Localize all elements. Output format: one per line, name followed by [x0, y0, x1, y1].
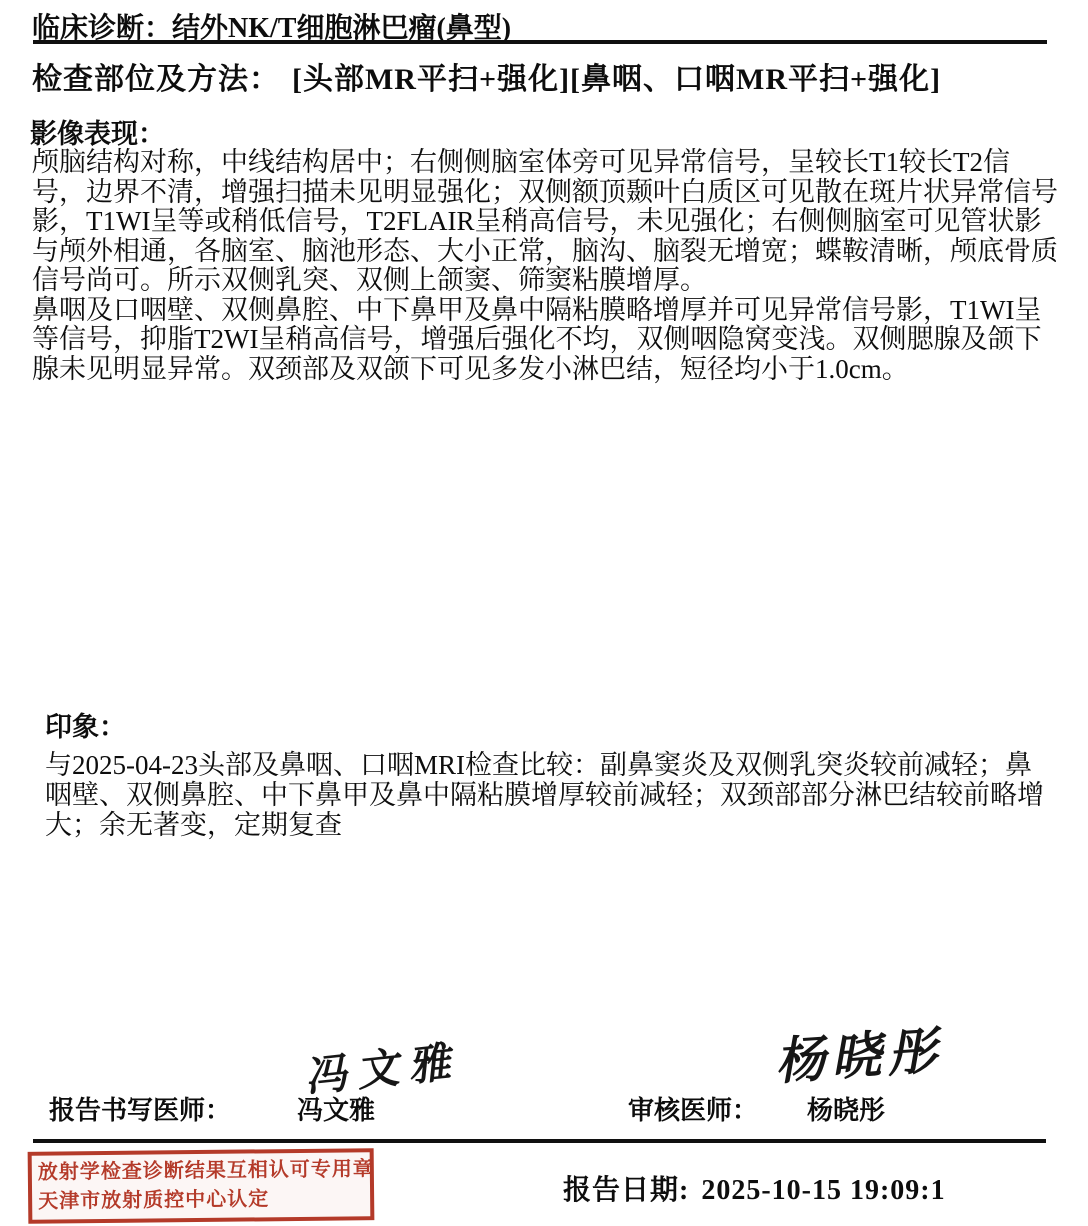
certification-stamp: 放射学检查诊断结果互相认可专用章 天津市放射质控中心认定 — [28, 1148, 375, 1224]
bottom-separator-line — [33, 1139, 1046, 1143]
stamp-text-line-2: 天津市放射质控中心认定 — [38, 1184, 364, 1216]
exam-method-line: 检查部位及方法：[头部MR平扫+强化][鼻咽、口咽MR平扫+强化] — [32, 54, 941, 98]
reviewer-label: 审核医师： — [628, 1090, 758, 1127]
report-date-line: 报告日期:2025-10-15 19:09:1 — [563, 1168, 946, 1208]
findings-section-label: 影像表现： — [30, 112, 165, 151]
reviewer-printed-name: 杨晓彤 — [807, 1090, 885, 1127]
top-separator-line — [33, 40, 1047, 44]
impression-text: 与2025-04-23头部及鼻咽、口咽MRI检查比较：副鼻窦炎及双侧乳突炎较前减… — [45, 750, 1047, 840]
exam-method-value: [头部MR平扫+强化][鼻咽、口咽MR平扫+强化] — [292, 63, 941, 96]
findings-paragraph-1: 颅脑结构对称，中线结构居中；右侧侧脑室体旁可见异常信号，呈较长T1较长T2信号，… — [32, 148, 1058, 296]
findings-paragraph-2: 鼻咽及口咽壁、双侧鼻腔、中下鼻甲及鼻中隔粘膜略增厚并可见异常信号影，T1WI呈等… — [32, 296, 1058, 385]
report-date-label: 报告日期: — [563, 1175, 689, 1206]
writer-label: 报告书写医师： — [49, 1090, 231, 1127]
stamp-text-line-1: 放射学检查诊断结果互相认可专用章 — [38, 1155, 364, 1187]
radiology-report-page: 临床诊断：结外NK/T细胞淋巴瘤(鼻型) 检查部位及方法：[头部MR平扫+强化]… — [0, 0, 1088, 1226]
findings-body: 颅脑结构对称，中线结构居中；右侧侧脑室体旁可见异常信号，呈较长T1较长T2信号，… — [32, 148, 1058, 384]
report-date-value: 2025-10-15 19:09:1 — [701, 1175, 945, 1206]
writer-printed-name: 冯文雅 — [297, 1090, 375, 1127]
reviewer-handwritten-signature: 杨晓彤 — [774, 1010, 954, 1095]
impression-section-label: 印象： — [45, 705, 126, 744]
exam-method-label: 检查部位及方法： — [32, 63, 280, 96]
